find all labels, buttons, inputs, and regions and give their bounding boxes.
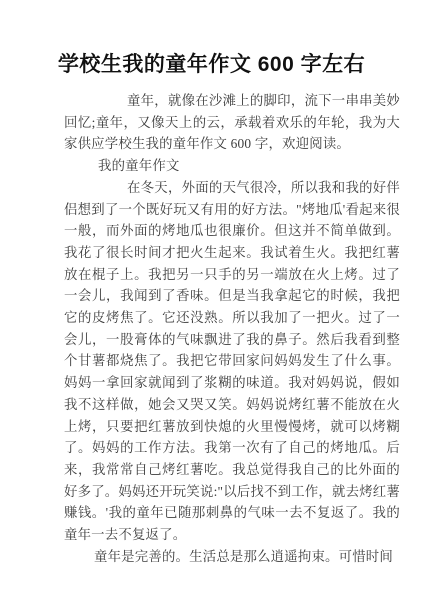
intro-paragraph: 童年，就像在沙滩上的脚印，流下一串串美妙回忆;童年，又像天上的云，承载着欢乐的年…: [64, 90, 400, 155]
essay-title: 学校生我的童年作文 600 字左右: [18, 50, 405, 79]
essay-main-paragraph: 在冬天，外面的天气很冷，所以我和我的好伴侣想到了一个既好玩又有用的好方法。"烤地…: [64, 177, 400, 546]
document-page: 学校生我的童年作文 600 字左右 童年，就像在沙滩上的脚印，流下一串串美妙回忆…: [0, 0, 423, 600]
closing-paragraph: 童年是完善的。生活总是那么逍遥拘束。可惜时间: [64, 546, 400, 568]
essay-subtitle: 我的童年作文: [64, 155, 400, 177]
essay-body: 童年，就像在沙滩上的脚印，流下一串串美妙回忆;童年，又像天上的云，承载着欢乐的年…: [0, 79, 423, 567]
